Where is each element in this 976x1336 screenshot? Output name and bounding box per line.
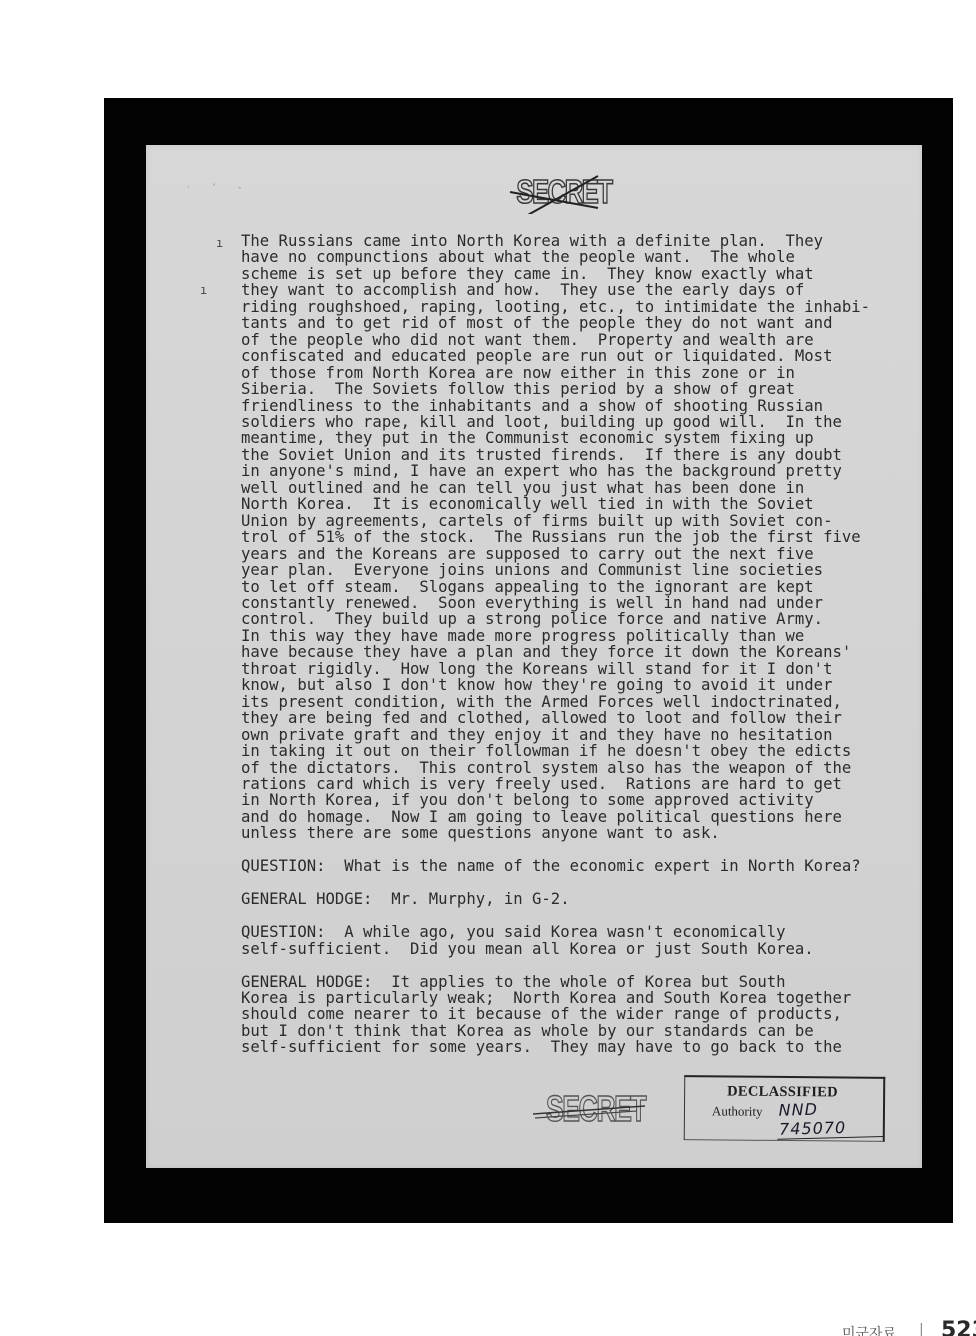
text-line: soldiers who rape, kill and loot, buildi… [241,414,911,430]
text-line: well outlined and he can tell you just w… [241,480,911,496]
text-line: riding roughshoed, raping, looting, etc.… [241,299,911,315]
text-line: rations card which is very freely used. … [241,776,911,792]
text-line: Siberia. The Soviets follow this period … [241,381,911,397]
text-line: have no compunctions about what the peop… [241,249,911,265]
strikethrough-icon [533,1088,653,1132]
text-line: GENERAL HODGE: It applies to the whole o… [241,974,911,990]
text-line: they want to accomplish and how. They us… [241,282,911,298]
margin-mark: ı [216,236,223,250]
text-line: throat rigidly. How long the Koreans wil… [241,661,911,677]
text-line: confiscated and educated people are run … [241,348,911,364]
text-line: should come nearer to it because of the … [241,1006,911,1022]
text-line: years and the Koreans are supposed to ca… [241,546,911,562]
text-line: QUESTION: What is the name of the econom… [241,858,911,874]
text-line: Korea is particularly weak; North Korea … [241,990,911,1006]
text-line: scheme is set up before they came in. Th… [241,266,911,282]
text-line: the Soviet Union and its trusted firends… [241,447,911,463]
authority-value: NND 745070 [776,1098,883,1140]
document-body: The Russians came into North Korea with … [241,233,911,1056]
margin-mark: ı [200,283,207,297]
text-line: The Russians came into North Korea with … [241,233,911,249]
text-line: QUESTION: A while ago, you said Korea wa… [241,924,911,940]
text-line: In this way they have made more progress… [241,628,911,644]
text-line: and do homage. Now I am going to leave p… [241,809,911,825]
text-line: but I don't think that Korea as whole by… [241,1023,911,1039]
text-line: year plan. Everyone joins unions and Com… [241,562,911,578]
paper-specks: · ' - [187,183,251,193]
page-number: 523 [941,1318,976,1336]
text-line: GENERAL HODGE: Mr. Murphy, in G-2. [241,891,911,907]
text-line: have because they have a plan and they f… [241,644,911,660]
text-line: constantly renewed. Soon everything is w… [241,595,911,611]
text-line: Union by agreements, cartels of firms bu… [241,513,911,529]
text-line: of those from North Korea are now either… [241,365,911,381]
text-line: meantime, they put in the Communist econ… [241,430,911,446]
text-line: North Korea. It is economically well tie… [241,496,911,512]
text-line: tants and to get rid of most of the peop… [241,315,911,331]
footer-label: 미군자료 [842,1323,896,1336]
text-line: self-sufficient. Did you mean all Korea … [241,941,911,957]
text-line: of the people who did not want them. Pro… [241,332,911,348]
question-answer-list: QUESTION: What is the name of the econom… [241,858,911,1056]
text-line: to let off steam. Slogans appealing to t… [241,579,911,595]
text-line: in anyone's mind, I have an expert who h… [241,463,911,479]
qa-block: GENERAL HODGE: It applies to the whole o… [241,974,911,1056]
text-line: they are being fed and clothed, allowed … [241,710,911,726]
main-paragraph: The Russians came into North Korea with … [241,233,911,842]
qa-block: QUESTION: What is the name of the econom… [241,858,911,874]
secret-stamp-top: SECRET [506,172,600,214]
text-line: own private graft and they enjoy it and … [241,727,911,743]
text-line: trol of 51% of the stock. The Russians r… [241,529,911,545]
text-line: its present condition, with the Armed Fo… [241,694,911,710]
text-line: know, but also I don't know how they're … [241,677,911,693]
secret-stamp-bottom: SECRET [533,1088,653,1132]
qa-block: GENERAL HODGE: Mr. Murphy, in G-2. [241,891,911,907]
text-line: of the dictators. This control system al… [241,760,911,776]
declassified-stamp: DECLASSIFIED Authority NND 745070 [684,1075,886,1142]
authority-label: Authority [712,1103,763,1119]
text-line: friendliness to the inhabitants and a sh… [241,398,911,414]
footer-separator: | [919,1322,924,1336]
text-line: control. They build up a strong police f… [241,611,911,627]
text-line: self-sufficient for some years. They may… [241,1039,911,1055]
text-line: in North Korea, if you don't belong to s… [241,792,911,808]
qa-block: QUESTION: A while ago, you said Korea wa… [241,924,911,957]
text-line: unless there are some questions anyone w… [241,825,911,841]
text-line: in taking it out on their followman if h… [241,743,911,759]
strikethrough-icon [506,172,600,214]
